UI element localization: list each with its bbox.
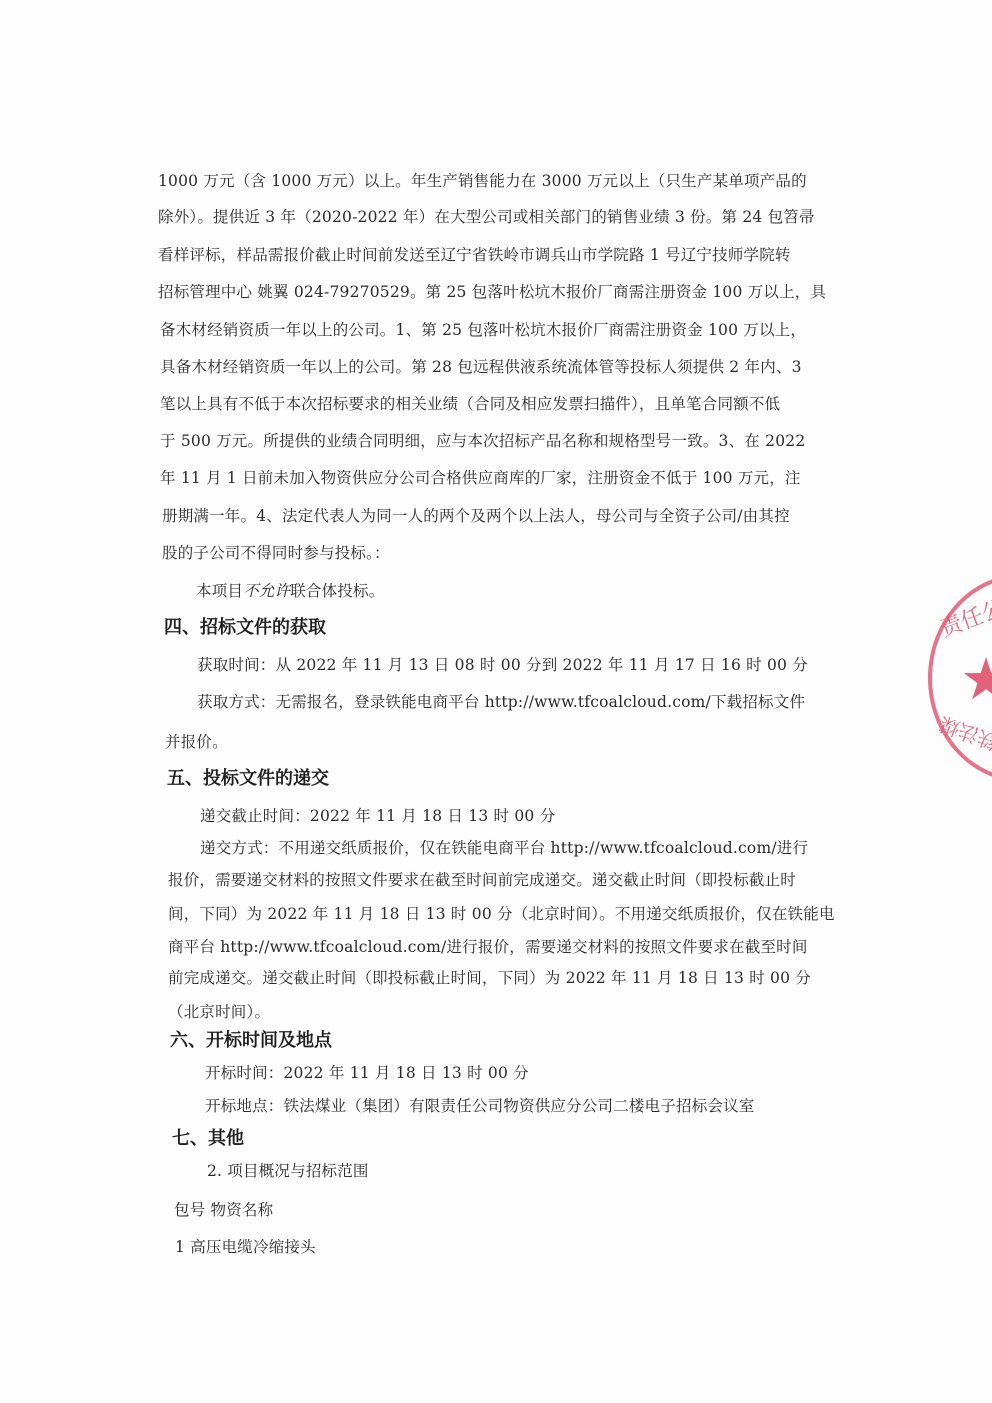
consortium-prefix: 本项目 — [196, 582, 243, 600]
opening-place: 开标地点：铁法煤业（集团）有限责任公司物资供应分公司二楼电子招标会议室 — [205, 1096, 755, 1116]
items-table-header: 包号 物资名称 — [174, 1200, 273, 1220]
paragraph-line: 年 11 月 1 日前未加入物资供应分公司合格供应商库的厂家，注册资金不低于 1… — [160, 468, 801, 488]
submission-method-line: 商平台 http://www.tfcoalcloud.com/进行报价，需要递交… — [168, 937, 808, 957]
section-heading-5: 五、投标文件的递交 — [167, 768, 329, 790]
opening-time: 开标时间：2022 年 11 月 18 日 13 时 00 分 — [205, 1063, 529, 1083]
paragraph-line: 备木材经销资质一年以上的公司。1、第 25 包落叶松坑木报价厂商需注册资金 10… — [160, 320, 806, 340]
paragraph-line: 1000 万元（含 1000 万元）以上。年生产销售能力在 3000 万元以上（… — [158, 171, 807, 191]
section-heading-4: 四、招标文件的获取 — [164, 617, 326, 639]
items-table-row: 1 高压电缆冷缩接头 — [175, 1237, 316, 1257]
submission-method-line: （北京时间）。 — [168, 1002, 270, 1022]
paragraph-line: 于 500 万元。所提供的业绩合同明细，应与本次招标产品名称和规格型号一致。3、… — [160, 431, 805, 451]
consortium-emphasis: 不允许 — [243, 582, 290, 600]
paragraph-line: 招标管理中心 姚翼 024-79270529。第 25 包落叶松坑木报价厂商需注… — [158, 282, 826, 302]
paragraph-line: 看样评标，样品需报价截止时间前发送至辽宁省铁岭市调兵山市学院路 1 号辽宁技师学… — [158, 245, 791, 265]
paragraph-line: 具备木材经销资质一年以上的公司。第 28 包远程供液系统流体管等投标人须提供 2… — [160, 357, 802, 377]
acquisition-method: 获取方式：无需报名，登录铁能电商平台 http://www.tfcoalclou… — [197, 692, 805, 712]
submission-method-line: 递交方式：不用递交纸质报价，仅在铁能电商平台 http://www.tfcoal… — [200, 838, 808, 858]
acquisition-method-cont: 并报价。 — [165, 732, 228, 752]
submission-method-line: 报价，需要递交材料的按照文件要求在截至时间前完成递交。递交截止时间（即投标截止时 — [168, 870, 796, 890]
consortium-note: 本项目不允许联合体投标。 — [196, 581, 384, 601]
paragraph-line: 册期满一年。4、法定代表人为同一人的两个及两个以上法人，母公司与全资子公司/由其… — [162, 506, 790, 526]
submission-deadline: 递交截止时间：2022 年 11 月 18 日 13 时 00 分 — [200, 806, 555, 826]
paragraph-line: 笔以上具有不低于本次招标要求的相关业绩（合同及相应发票扫描件），且单笔合同额不低 — [160, 394, 780, 414]
acquisition-time: 获取时间：从 2022 年 11 月 13 日 08 时 00 分到 2022 … — [197, 655, 808, 675]
document-page: 1000 万元（含 1000 万元）以上。年生产销售能力在 3000 万元以上（… — [0, 0, 992, 1403]
section-heading-7: 七、其他 — [172, 1128, 244, 1150]
consortium-suffix: 联合体投标。 — [290, 582, 384, 600]
section-heading-6: 六、开标时间及地点 — [170, 1030, 332, 1052]
submission-method-line: 前完成递交。递交截止时间（即投标截止时间，下同）为 2022 年 11 月 18… — [168, 968, 811, 988]
paragraph-line: 股的子公司不得同时参与投标。： — [162, 543, 390, 563]
seal-star-icon: ★ — [960, 650, 992, 708]
submission-method-line: 间，下同）为 2022 年 11 月 18 日 13 时 00 分（北京时间）。… — [168, 904, 835, 924]
project-overview-subheading: 2. 项目概况与招标范围 — [207, 1161, 369, 1181]
paragraph-line: 除外）。提供近 3 年（2020-2022 年）在大型公司或相关部门的销售业绩 … — [158, 207, 815, 227]
